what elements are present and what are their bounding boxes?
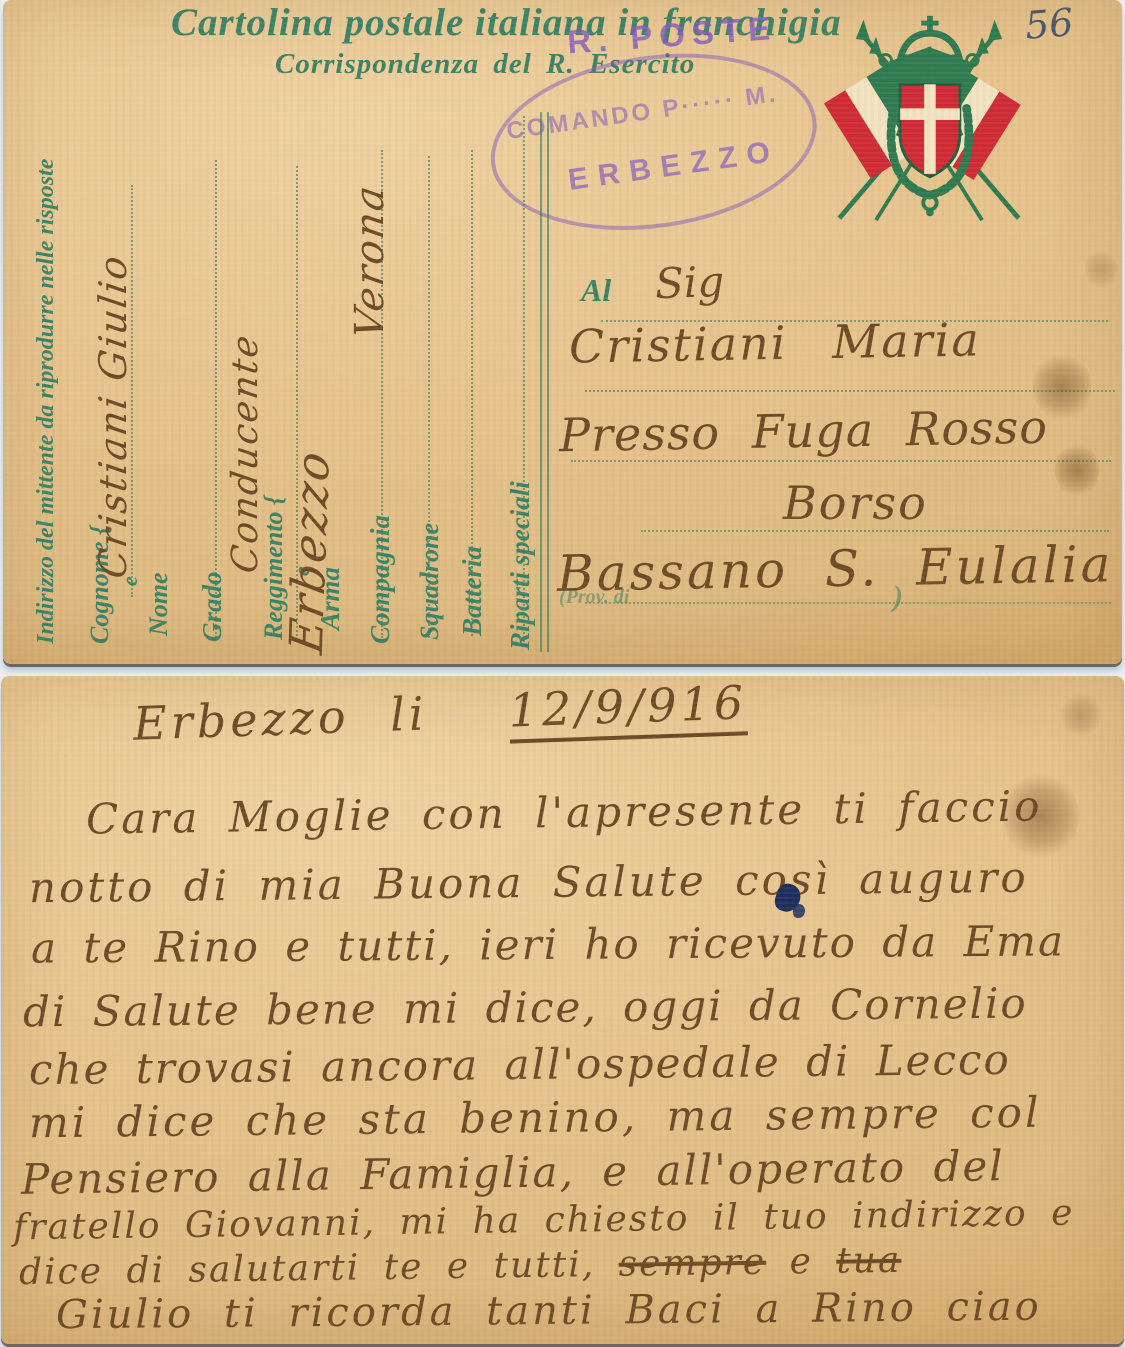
sender-province-handwriting: Verona [347,181,393,341]
dotted-column-rule [215,160,217,638]
center-divider-rule [540,112,549,652]
date-value: 12/9/916 [508,675,749,743]
paper-stain [1085,248,1117,290]
postcard-back: Erbezzo li 12/9/916 Cara Moglie con l'ap… [1,676,1124,1344]
message-line-6: mi dice che sta benino, ma sempre col [29,1088,1042,1148]
address-line-town: Bassano S. Eulalia [557,535,1114,603]
prov-label-close: ) [893,580,903,614]
message-line-5: che trovasi ancora all'ospedale di Lecco [29,1035,1011,1094]
struck-word-1: sempre [618,1242,766,1285]
address-line-care-of: Presso Fuga Rosso [559,400,1049,463]
sender-unit-handwriting: Erbezzo [279,446,340,658]
message-line-10: Giulio ti ricorda tanti Baci a Rino ciao [56,1284,1042,1339]
message-line-3: a te Rino e tutti, ieri ho ricevuto da E… [31,916,1065,972]
paper-stain [1033,352,1091,422]
struck-word-2: tua [836,1240,902,1282]
date-place: Erbezzo li [132,686,428,750]
dotted-column-rule [523,116,525,642]
scanned-postcard-page: Cartolina postale italiana in franchigia… [0,0,1125,1347]
address-al-label: Al [581,272,611,309]
prov-label-open: (Prov. di [559,586,629,609]
sender-side-note: Indirizzo del mittente da riprodurre nel… [33,159,60,644]
address-line-village: Borso [783,476,928,530]
field-label-nome: Nome [144,572,174,636]
ink-blot [793,904,805,918]
field-label-grado: Grado [197,571,228,642]
message-line-9-text: dice di salutarti te e tutti, [19,1244,596,1293]
paper-stain [1055,442,1099,498]
dotted-column-rule [428,156,430,638]
postcard-front: Cartolina postale italiana in franchigia… [3,0,1122,664]
paper-stain [1061,692,1101,738]
paper-stain [1003,772,1079,860]
address-line-salutation: Sig [654,257,725,308]
field-label-squadrone: Squadrone [415,523,445,640]
address-dotted-line [585,602,1111,604]
coat-of-arms-icon [799,12,1059,224]
address-dotted-line [641,530,1109,532]
sender-name-handwriting: Cristiani Giulio [91,251,135,581]
message-line-2: notto di mia Buona Salute così auguro [29,853,1029,912]
dotted-column-rule [471,150,473,636]
sender-grade-handwriting: Conducente [225,331,266,576]
date-line: Erbezzo li 12/9/916 [132,675,748,750]
message-line-1: Cara Moglie con l'apresente ti faccio [86,781,1043,843]
message-line-4: di Salute bene mi dice, oggi da Cornelio [23,979,1028,1037]
field-label-riparti-speciali: Riparti speciali [505,481,536,650]
message-line-7: Pensiero alla Famiglia, e all'operato de… [21,1141,1005,1204]
address-line-name: Cristiani Maria [569,312,982,373]
